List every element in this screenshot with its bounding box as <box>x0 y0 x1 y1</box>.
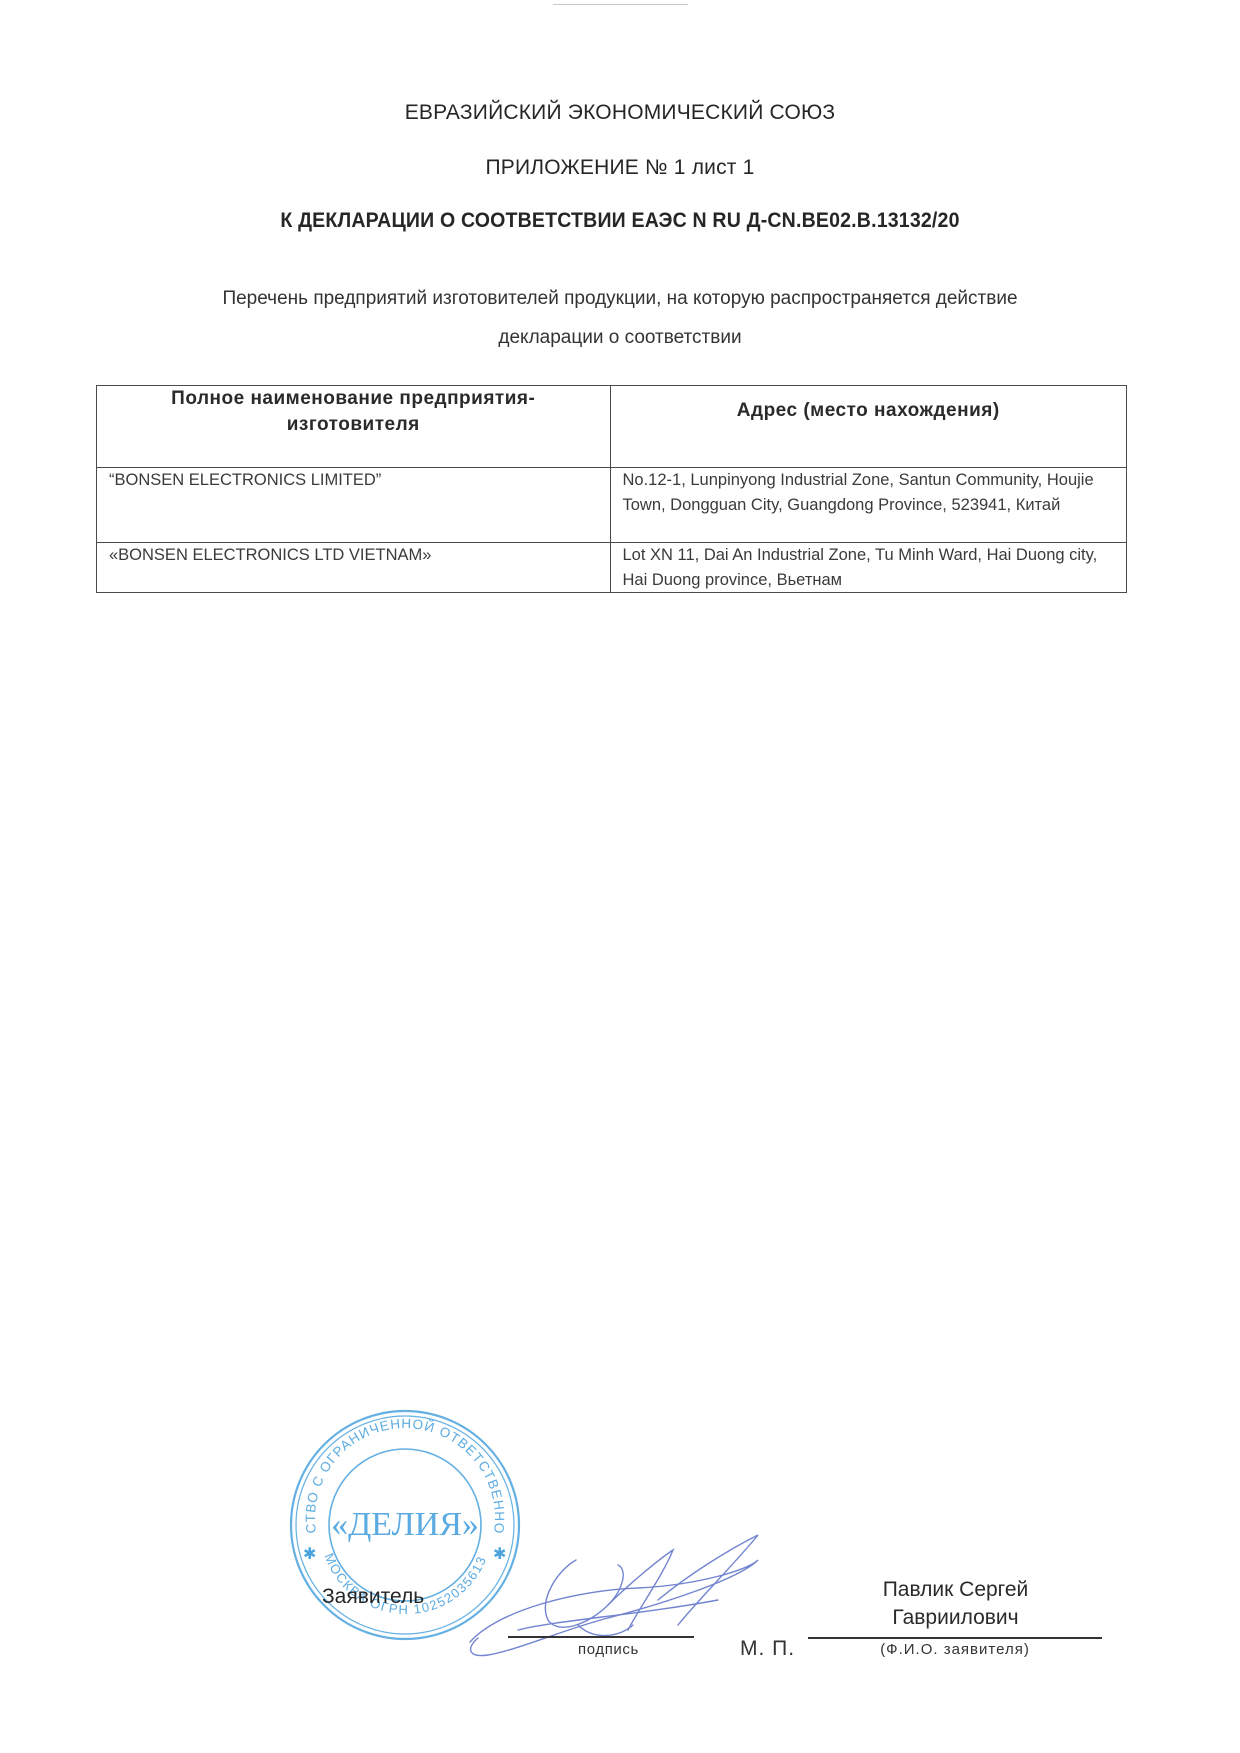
header-address: Адрес (место нахождения) <box>610 386 1127 468</box>
union-title: ЕВРАЗИЙСКИЙ ЭКОНОМИЧЕСКИЙ СОЮЗ <box>0 101 1240 125</box>
stamp-center-text: «ДЕЛИЯ» <box>331 1506 479 1543</box>
applicant-full-name: Павлик Сергей Гавриилович <box>808 1576 1103 1632</box>
intro-text-line-1: Перечень предприятий изготовителей проду… <box>0 280 1240 318</box>
manufacturer-address-cell: No.12-1, Lunpinyong Industrial Zone, San… <box>610 468 1127 543</box>
applicant-name-line-2: Гавриилович <box>808 1604 1103 1632</box>
seal-place-label: М. П. <box>740 1637 795 1661</box>
manufacturers-table: Полное наименование предприятия- изготов… <box>96 385 1127 593</box>
name-caption: (Ф.И.О. заявителя) <box>808 1641 1102 1658</box>
header-address-label: Адрес (место нахождения) <box>611 386 1127 424</box>
table-row: «BONSEN ELECTRONICS LTD VIETNAM» Lot XN … <box>97 543 1127 593</box>
signature-line <box>508 1636 694 1638</box>
stamp-star-left-icon: ✱ <box>303 1546 316 1563</box>
name-line <box>808 1637 1102 1639</box>
appendix-title: ПРИЛОЖЕНИЕ № 1 лист 1 <box>0 156 1240 180</box>
table-row: “BONSEN ELECTRONICS LIMITED” No.12-1, Lu… <box>97 468 1127 543</box>
header-manufacturer-name: Полное наименование предприятия- изготов… <box>97 386 611 468</box>
manufacturer-name-cell: “BONSEN ELECTRONICS LIMITED” <box>97 468 611 543</box>
signature-caption: подпись <box>578 1641 639 1658</box>
manufacturer-name-cell: «BONSEN ELECTRONICS LTD VIETNAM» <box>97 543 611 593</box>
intro-text-line-2: декларации о соответствии <box>0 319 1240 357</box>
table-header-row: Полное наименование предприятия- изготов… <box>97 386 1127 468</box>
declaration-title: К ДЕКЛАРАЦИИ О СООТВЕТСТВИИ ЕАЭС N RU Д-… <box>43 209 1196 233</box>
manufacturer-address-cell: Lot XN 11, Dai An Industrial Zone, Tu Mi… <box>610 543 1127 593</box>
scan-edge-mark <box>553 4 688 5</box>
applicant-label: Заявитель <box>322 1585 424 1609</box>
applicant-name-line-1: Павлик Сергей <box>808 1576 1103 1604</box>
header-name-line-2: изготовителя <box>97 412 610 438</box>
header-name-line-1: Полное наименование предприятия- <box>97 386 610 412</box>
